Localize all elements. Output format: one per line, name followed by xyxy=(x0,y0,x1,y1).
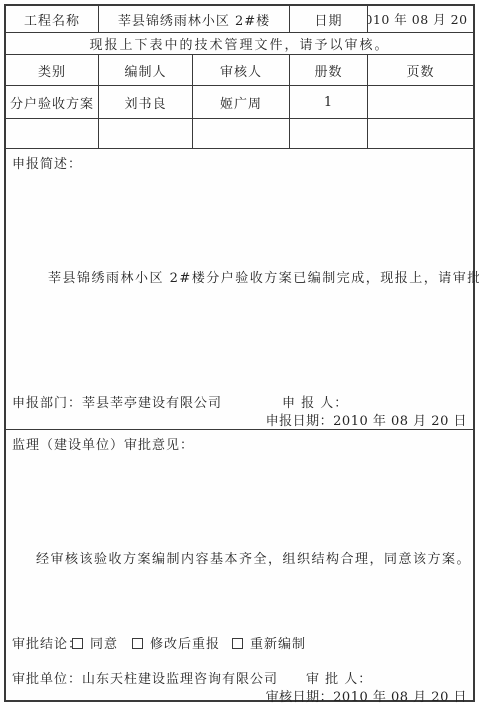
declaration-body: 莘县锦绣雨林小区 2#楼分户验收方案已编制完成，现报上，请审批。 xyxy=(48,267,479,286)
approval-person-label: 审 批 人： xyxy=(306,668,372,687)
col-header-volumes: 册数 xyxy=(290,55,368,86)
project-name-label: 工程名称 xyxy=(6,6,99,33)
col-header-category: 类别 xyxy=(6,55,99,86)
recompile-label: 重新编制 xyxy=(250,637,306,652)
conclusion-option-redo: 重新编制 xyxy=(232,633,306,652)
col-header-reviewer: 审核人 xyxy=(193,55,290,86)
col-header-compiler: 编制人 xyxy=(99,55,193,86)
col-header-pages: 页数 xyxy=(368,55,473,86)
cell-pages xyxy=(368,86,473,119)
conclusion-option-revise: 修改后重报 xyxy=(132,633,220,652)
declare-date-label: 申报日期： xyxy=(266,414,334,429)
approval-section: 监理（建设单位）审批意见： 经审核该验收方案编制内容基本齐全，组织结构合理，同意… xyxy=(6,429,473,700)
header-table: 工程名称 莘县锦绣雨林小区 2#楼 日期 2010 年 08 月 20 日 现报… xyxy=(6,6,473,149)
declare-date-value: 2010 年 08 月 20 日 xyxy=(333,414,467,429)
cell-compiler: 刘书良 xyxy=(99,86,193,119)
revise-resubmit-checkbox[interactable] xyxy=(132,638,143,649)
approval-title: 监理（建设单位）审批意见： xyxy=(12,434,194,453)
agree-label: 同意 xyxy=(90,637,118,652)
empty-cell xyxy=(6,119,99,149)
declaration-title: 申报简述： xyxy=(12,153,82,172)
cell-volumes: 1 xyxy=(290,86,368,119)
approval-unit-label: 审批单位： xyxy=(12,672,82,687)
declare-dept-line: 申报部门：莘县莘亭建设有限公司 xyxy=(12,392,222,411)
declaration-section: 申报简述： 莘县锦绣雨林小区 2#楼分户验收方案已编制完成，现报上，请审批。 申… xyxy=(6,149,473,429)
empty-cell xyxy=(290,119,368,149)
cell-reviewer: 姬广周 xyxy=(193,86,290,119)
scanned-approval-form: { "colors": { "border": "#3a3a3a", "text… xyxy=(0,0,479,703)
declare-date-line: 申报日期：2010 年 08 月 20 日 xyxy=(266,410,467,429)
notice-text: 现报上下表中的技术管理文件，请予以审核。 xyxy=(6,33,473,55)
agree-checkbox[interactable] xyxy=(72,638,83,649)
form-sheet: 工程名称 莘县锦绣雨林小区 2#楼 日期 2010 年 08 月 20 日 现报… xyxy=(4,4,475,702)
approval-unit-line: 审批单位：山东天柱建设监理咨询有限公司 xyxy=(12,668,278,687)
conclusion-option-agree: 同意 xyxy=(72,633,118,652)
empty-cell xyxy=(99,119,193,149)
empty-cell xyxy=(193,119,290,149)
declare-dept-value: 莘县莘亭建设有限公司 xyxy=(82,396,222,411)
revise-resubmit-label: 修改后重报 xyxy=(150,637,220,652)
date-value: 2010 年 08 月 20 日 xyxy=(368,6,473,33)
review-date-line: 审核日期：2010 年 08 月 20 日 xyxy=(266,686,467,705)
approval-body: 经审核该验收方案编制内容基本齐全，组织结构合理，同意该方案。 xyxy=(36,548,471,567)
project-name-value: 莘县锦绣雨林小区 2#楼 xyxy=(99,6,290,33)
empty-cell xyxy=(368,119,473,149)
declare-person-label: 申 报 人： xyxy=(282,392,348,411)
date-label: 日期 xyxy=(290,6,368,33)
recompile-checkbox[interactable] xyxy=(232,638,243,649)
declare-dept-label: 申报部门： xyxy=(12,396,82,411)
approval-unit-value: 山东天柱建设监理咨询有限公司 xyxy=(82,672,278,687)
cell-category: 分户验收方案 xyxy=(6,86,99,119)
